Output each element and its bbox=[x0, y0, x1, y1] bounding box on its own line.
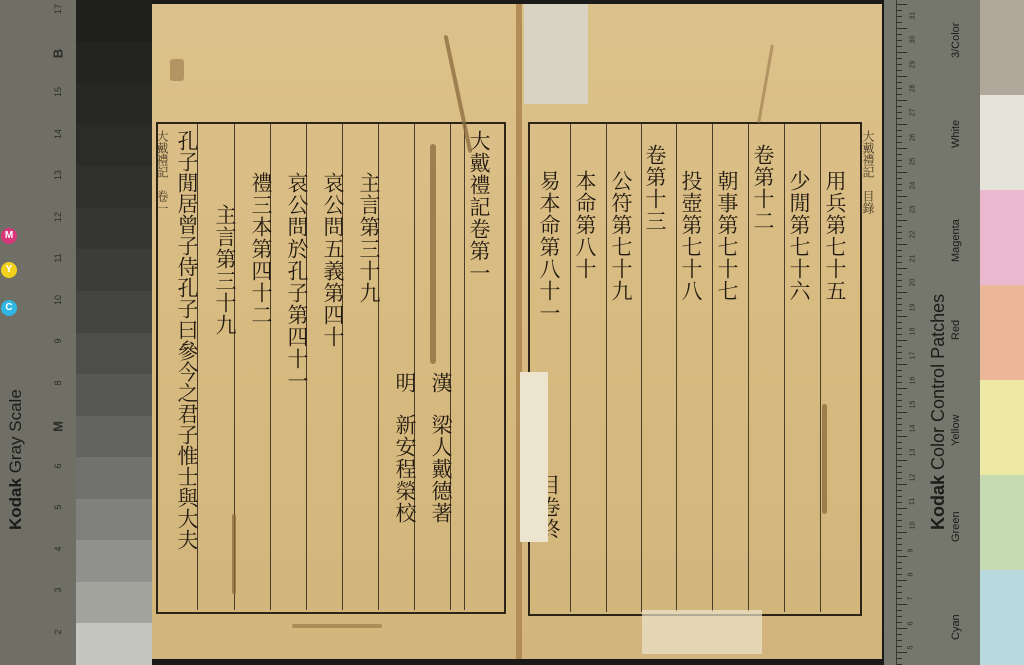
gray-step bbox=[76, 83, 152, 125]
chapter-heading: 主言第三十九 bbox=[214, 204, 235, 336]
ruler-number: 8 bbox=[907, 572, 914, 576]
ruler-number: 12 bbox=[909, 473, 916, 481]
gray-step bbox=[76, 249, 152, 291]
ruler-number: 9 bbox=[907, 548, 914, 552]
gray-scale-ticks: 17B15141312111098M65432 bbox=[48, 0, 68, 665]
gray-step bbox=[76, 291, 152, 333]
gray-tick-label: 17 bbox=[53, 0, 63, 19]
gray-tick-label: 3 bbox=[53, 580, 63, 600]
chapter-entry: 禮三本第四十二 bbox=[250, 172, 271, 326]
ruler: 3130292827262524232221201918171615141312… bbox=[896, 0, 919, 665]
kodak-gray-scale-card: Kodak Gray Scale M Y C 17B15141312111098… bbox=[0, 0, 80, 665]
gray-tick-label: 6 bbox=[53, 456, 63, 476]
ruler-number: 13 bbox=[909, 449, 916, 457]
chapter-entry: 哀公問五義第四十 bbox=[322, 172, 343, 348]
chapter-entry: 投壺第七十八 bbox=[680, 170, 701, 302]
gray-tick-label: M bbox=[51, 417, 66, 437]
cmy-mark-m: M bbox=[1, 228, 17, 244]
ruler-number: 20 bbox=[909, 279, 916, 287]
gray-step bbox=[76, 166, 152, 208]
ruler-number: 15 bbox=[909, 400, 916, 408]
stain bbox=[170, 59, 184, 81]
gray-scale-steps bbox=[76, 0, 152, 665]
gray-step bbox=[76, 540, 152, 582]
color-patch-yellow bbox=[980, 380, 1024, 475]
paper-damage bbox=[642, 610, 762, 654]
chapter-entry: 少閒第七十六 bbox=[788, 170, 809, 302]
color-patch-white bbox=[980, 95, 1024, 190]
gray-step bbox=[76, 457, 152, 499]
gray-tick-label: 9 bbox=[53, 331, 63, 351]
ruler-number: 27 bbox=[909, 109, 916, 117]
kodak-color-control-card: 3130292827262524232221201918171615141312… bbox=[884, 0, 1024, 665]
ruler-number: 6 bbox=[907, 621, 914, 625]
edge-damage bbox=[292, 624, 382, 628]
chapter-entry: 哀公問於孔子第四十一 bbox=[286, 172, 307, 392]
gray-step bbox=[76, 125, 152, 167]
gray-tick-label: 10 bbox=[53, 290, 63, 310]
color-control-brand-name: Kodak bbox=[928, 475, 948, 530]
gray-tick-label: 8 bbox=[53, 373, 63, 393]
gray-step bbox=[76, 42, 152, 84]
ruler-number: 26 bbox=[909, 133, 916, 141]
patch-label-3color: 3/Color bbox=[950, 23, 962, 58]
color-patch-red bbox=[980, 285, 1024, 380]
chapter-entry: 本命第八十 bbox=[574, 170, 595, 280]
ruler-number: 24 bbox=[909, 182, 916, 190]
gray-tick-label: 5 bbox=[53, 497, 63, 517]
margin-text: 大戴禮記 目錄 bbox=[862, 130, 874, 214]
gray-tick-label: 15 bbox=[53, 82, 63, 102]
crack-stain bbox=[822, 404, 827, 514]
author-dynasty-han: 漢 bbox=[430, 372, 451, 394]
ruler-number: 25 bbox=[909, 157, 916, 165]
ruler-number: 11 bbox=[909, 498, 916, 505]
ruler-number: 5 bbox=[907, 645, 914, 649]
gray-step bbox=[76, 499, 152, 541]
chapter-entry: 易本命第八十一 bbox=[538, 170, 559, 324]
patch-label-red: Red bbox=[950, 320, 962, 340]
chapter-entry: 朝事第七十七 bbox=[716, 170, 737, 302]
volume-marker: 卷第十二 bbox=[752, 144, 773, 232]
ruler-number: 21 bbox=[909, 255, 916, 263]
gray-step bbox=[76, 374, 152, 416]
color-patch-cyan bbox=[980, 570, 1024, 665]
body-text-column: 孔子閒居曾子侍孔子曰參今之君子惟士與大夫 bbox=[176, 130, 197, 550]
gray-scale-brand: Kodak Gray Scale bbox=[2, 330, 38, 530]
ruler-number: 28 bbox=[909, 84, 916, 92]
worm-damage bbox=[430, 144, 436, 364]
ruler-number: 23 bbox=[909, 206, 916, 214]
author-name: 梁人戴德著 bbox=[430, 414, 451, 524]
cmy-mark-c: C bbox=[1, 300, 17, 316]
ruler-number: 17 bbox=[909, 352, 916, 360]
gray-tick-label: 12 bbox=[53, 207, 63, 227]
gray-step bbox=[76, 582, 152, 624]
gray-step bbox=[76, 333, 152, 375]
patch-label-green: Green bbox=[950, 511, 962, 542]
paper-repair-patch bbox=[524, 4, 588, 104]
ruler-number: 14 bbox=[909, 425, 916, 433]
gray-scale-title: Gray Scale bbox=[6, 389, 25, 473]
ruler-number: 18 bbox=[909, 327, 916, 335]
gray-tick-label: 14 bbox=[53, 124, 63, 144]
patch-label-white: White bbox=[950, 120, 962, 148]
book-title-column: 大戴禮記卷第一 bbox=[468, 130, 489, 284]
gray-step bbox=[76, 623, 152, 665]
gray-scale-brand-name: Kodak bbox=[6, 478, 25, 530]
ruler-number: 31 bbox=[909, 12, 916, 20]
patch-label-magenta: Magenta bbox=[950, 219, 962, 262]
ruler-number: 16 bbox=[909, 376, 916, 384]
torn-paper-repair bbox=[520, 372, 548, 542]
ruler-number: 10 bbox=[909, 522, 916, 530]
editor-dynasty-ming: 明 bbox=[394, 372, 415, 394]
gray-tick-label: 2 bbox=[53, 622, 63, 642]
gray-step bbox=[76, 0, 152, 42]
gray-tick-label: B bbox=[51, 43, 66, 63]
ruler-number: 30 bbox=[909, 36, 916, 44]
worm-damage bbox=[232, 514, 236, 594]
gray-tick-label: 13 bbox=[53, 165, 63, 185]
patch-label-cyan: Cyan bbox=[950, 614, 962, 640]
ruler-number: 29 bbox=[909, 60, 916, 68]
color-patch-3-color bbox=[980, 0, 1024, 95]
color-control-title: Color Control Patches bbox=[928, 294, 948, 470]
ruler-number: 7 bbox=[907, 597, 914, 601]
editor-name: 新安程榮校 bbox=[394, 414, 415, 524]
gray-step bbox=[76, 208, 152, 250]
right-page: 用兵第七十五 少閒第七十六 卷第十二 朝事第七十七 投壺第七十八 卷第十三 公符… bbox=[522, 4, 882, 659]
color-patches bbox=[980, 0, 1024, 665]
cmy-mark-y: Y bbox=[1, 262, 17, 278]
chapter-entry: 用兵第七十五 bbox=[824, 170, 845, 302]
gray-step bbox=[76, 416, 152, 458]
margin-text: 大戴禮記 卷一 bbox=[156, 130, 168, 214]
chapter-entry: 公符第七十九 bbox=[610, 170, 631, 302]
volume-marker: 卷第十三 bbox=[644, 144, 665, 232]
ruler-number: 22 bbox=[909, 230, 916, 238]
crack-stain bbox=[757, 44, 774, 123]
ruler-number: 19 bbox=[909, 303, 916, 311]
open-book: 大戴禮記卷第一 漢 梁人戴德著 明 新安程榮校 主言第三十九 哀公問五義第四十 … bbox=[152, 4, 882, 659]
color-patch-magenta bbox=[980, 190, 1024, 285]
gray-tick-label: 4 bbox=[53, 539, 63, 559]
color-patch-green bbox=[980, 475, 1024, 570]
gray-tick-label: 11 bbox=[53, 248, 63, 268]
patch-label-yellow: Yellow bbox=[950, 415, 962, 446]
left-page: 大戴禮記卷第一 漢 梁人戴德著 明 新安程榮校 主言第三十九 哀公問五義第四十 … bbox=[152, 4, 518, 659]
chapter-entry: 主言第三十九 bbox=[358, 172, 379, 304]
